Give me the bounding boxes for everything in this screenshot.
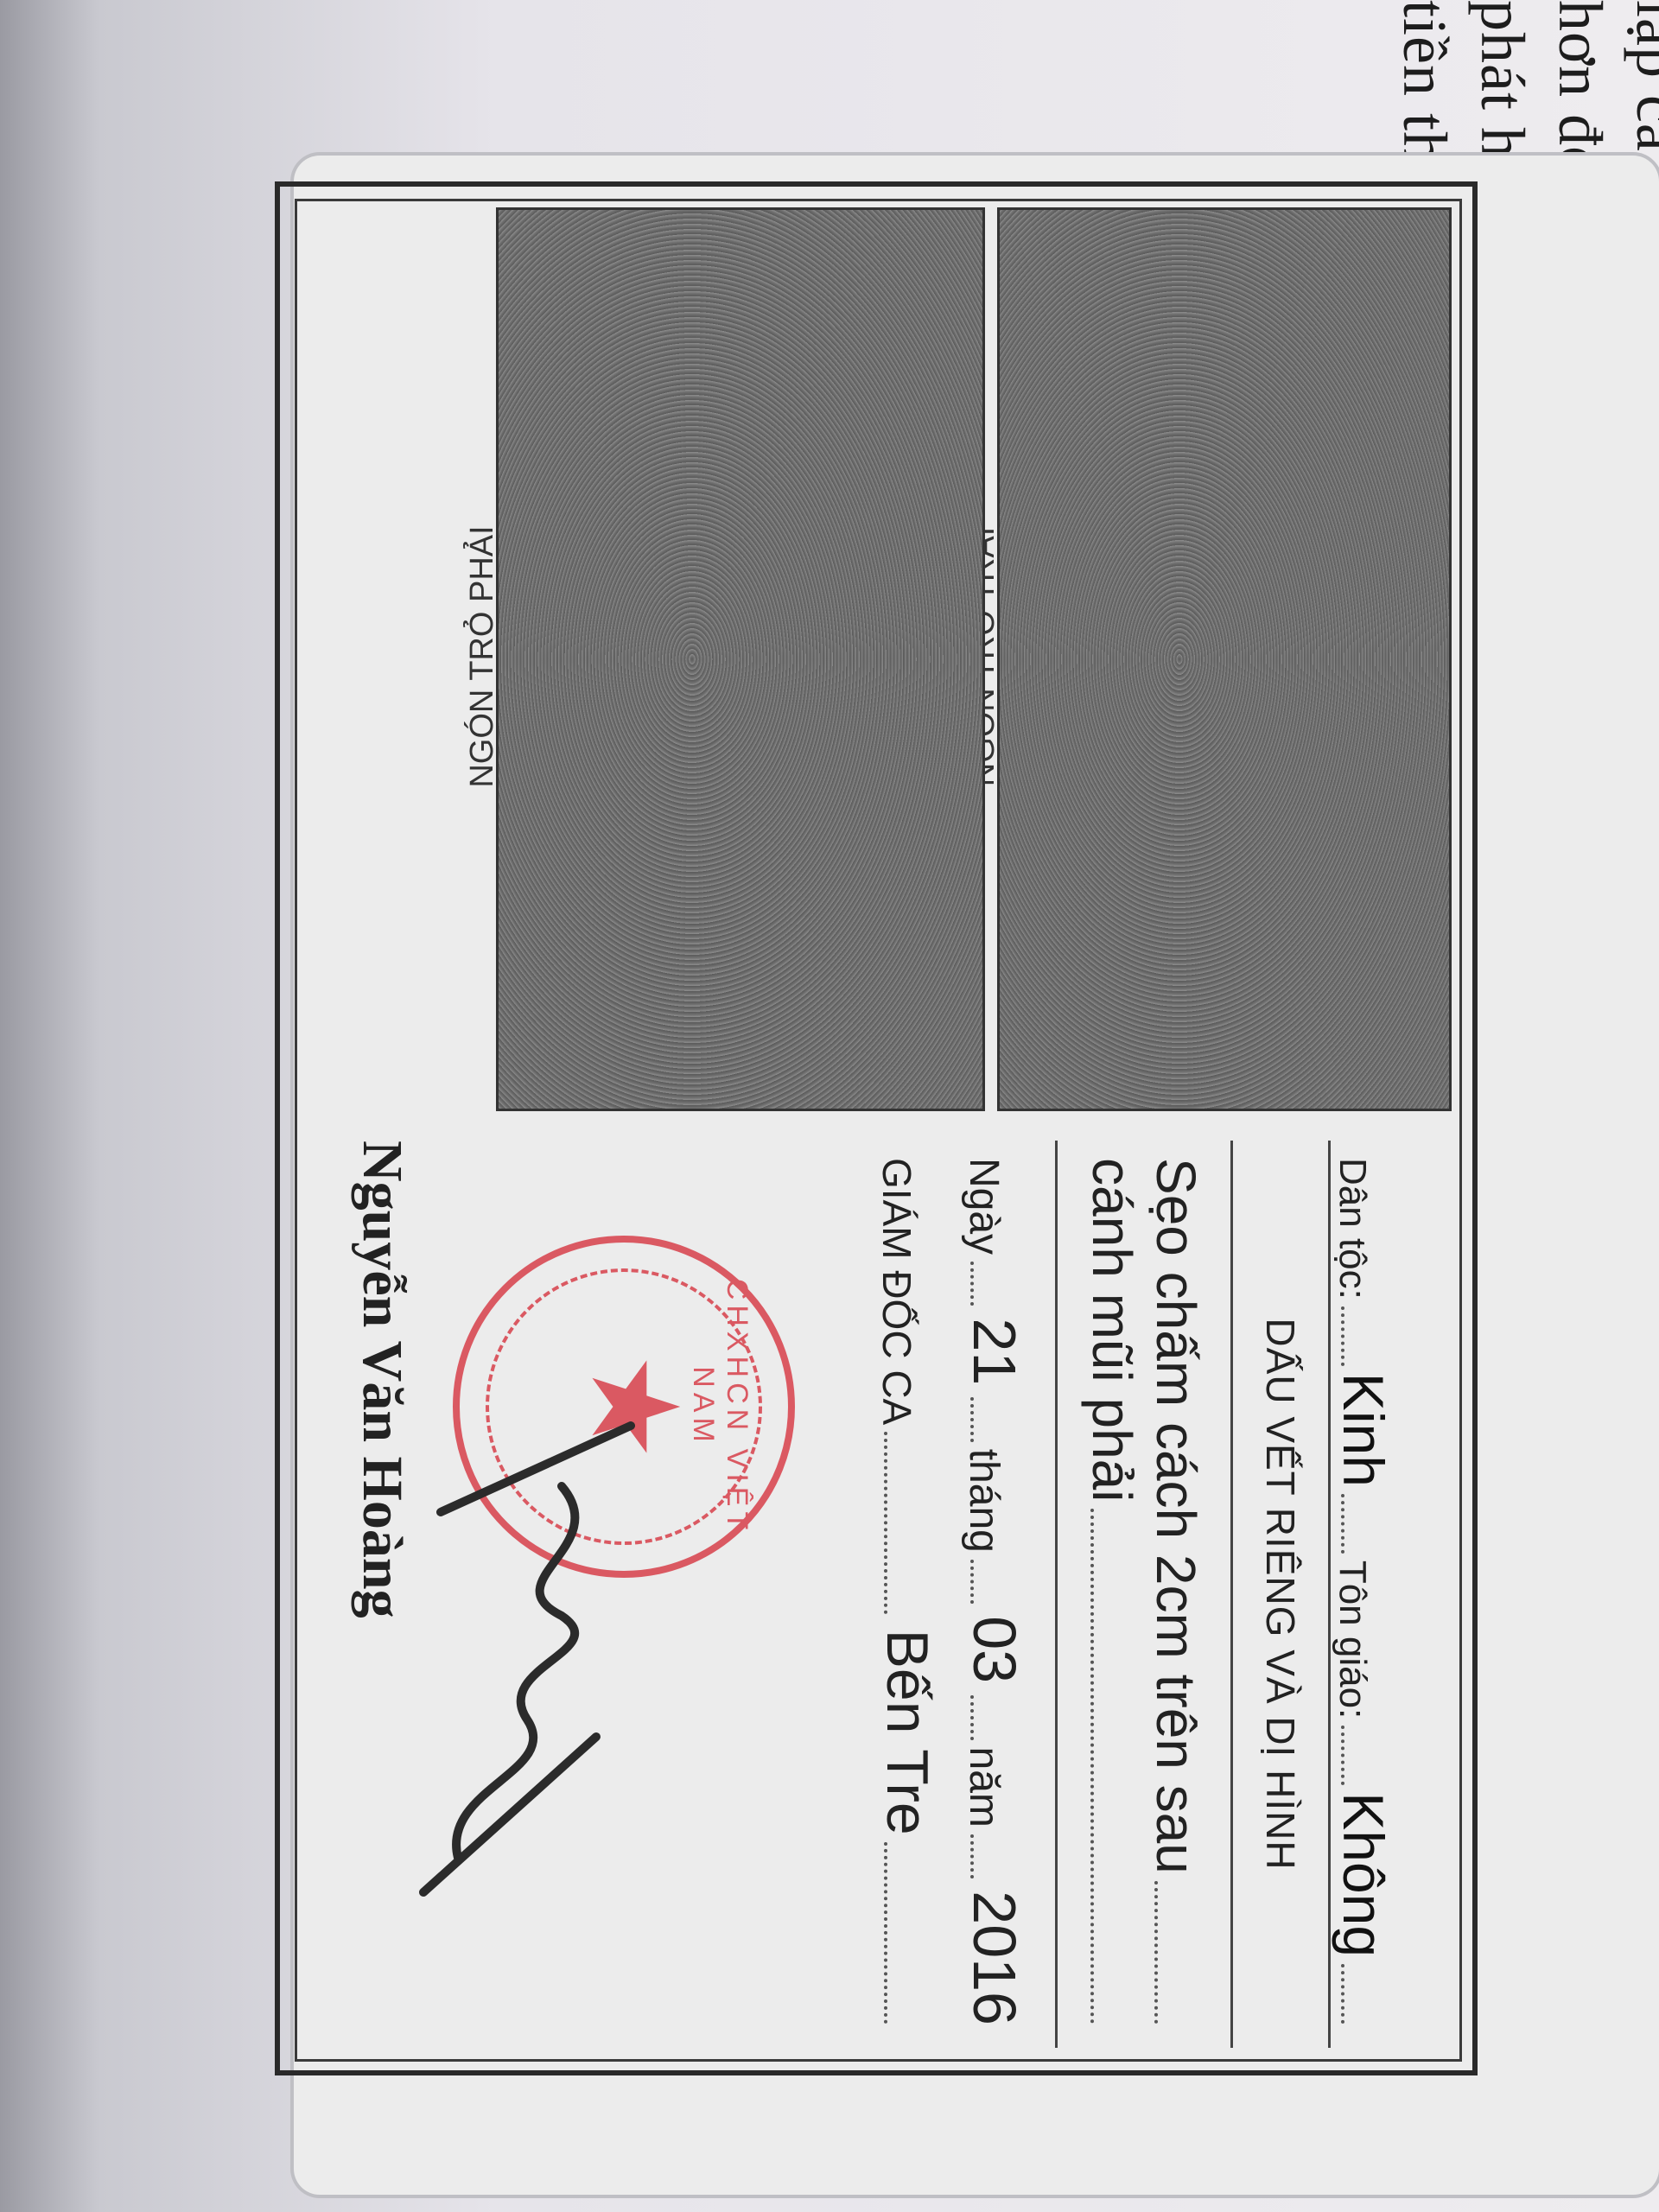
identifying-marks: Sẹo chấm cách 2cm trên sau cánh mũi phải — [1055, 1141, 1230, 2048]
card-info: Dân tộc: Kinh Tôn giáo: Không DẤU VẾT RI… — [874, 1141, 1443, 2048]
dotted-leader — [970, 1262, 974, 1306]
dotted-leader — [1090, 1509, 1094, 2024]
dotted-leader — [970, 1560, 974, 1604]
dotted-leader — [1341, 1306, 1344, 1366]
dotted-leader — [884, 1842, 887, 2024]
ethnicity-value: Kinh — [1331, 1373, 1396, 1487]
religion-value: Không — [1331, 1792, 1396, 1957]
marks-line-1: Sẹo chấm cách 2cm trên sau — [1144, 1158, 1208, 1874]
dotted-leader — [970, 1397, 974, 1441]
issue-date: Ngày 21 tháng 03 năm 2016 — [960, 1141, 1055, 2048]
year-value: 2016 — [960, 1891, 1029, 2025]
dotted-leader — [970, 1695, 974, 1739]
month-value: 03 — [960, 1616, 1029, 1683]
day-value: 21 — [960, 1318, 1029, 1385]
signer-name: Nguyễn Văn Hoàng — [349, 1141, 415, 1618]
dotted-leader — [1154, 1881, 1158, 2024]
fingerprint-right-index — [496, 207, 985, 1111]
marks-line-2: cánh mũi phải — [1080, 1158, 1144, 1502]
fingerprint-right-label: NGÓN TRỎ PHẢI — [464, 207, 501, 1106]
id-card-back: NGÓN TRỎ TRÁI NGÓN TRỎ PHẢI Dân tộc: Kin… — [294, 156, 1659, 2195]
section-title: DẤU VẾT RIÊNG VÀ DỊ HÌNH — [1230, 1141, 1328, 2048]
ethnicity-label: Dân tộc: — [1331, 1158, 1374, 1300]
dotted-leader — [884, 1432, 887, 1613]
ethnicity-religion-row: Dân tộc: Kinh Tôn giáo: Không — [1328, 1141, 1443, 2048]
dotted-leader — [1341, 1726, 1344, 1785]
signature — [406, 1408, 665, 1927]
month-label: tháng — [960, 1449, 1007, 1553]
fingerprint-area: NGÓN TRỎ TRÁI NGÓN TRỎ PHẢI — [302, 207, 1452, 1123]
year-label: năm — [960, 1747, 1007, 1827]
day-label: Ngày — [960, 1158, 1007, 1255]
dotted-leader — [1341, 1494, 1344, 1554]
dotted-leader — [1341, 1964, 1344, 2024]
issuer-place: Bến Tre — [874, 1630, 941, 1835]
issuer-title: GIÁM ĐỐC CA — [874, 1158, 920, 1425]
religion-label: Tôn giáo: — [1331, 1560, 1374, 1719]
dotted-leader — [970, 1834, 974, 1878]
fingerprint-left-index — [997, 207, 1452, 1111]
issuer: GIÁM ĐỐC CA Bến Tre — [874, 1141, 960, 2048]
